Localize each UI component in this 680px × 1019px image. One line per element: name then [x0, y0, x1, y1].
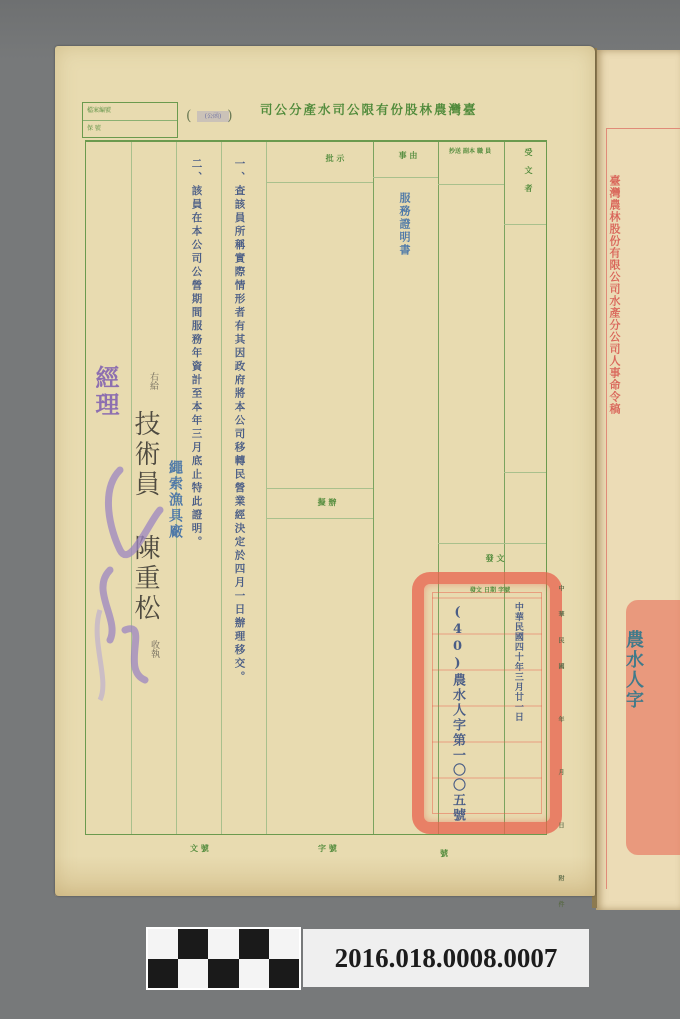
grid-line	[438, 543, 546, 544]
archive-number-box: 檔案編號 保 號	[82, 102, 178, 138]
body-line-2: 二、該員在本公司公營期間服務年資計至本年三月底止特此證明。	[190, 158, 202, 598]
recipient-label: 受 文 者	[524, 148, 535, 192]
issued-to-label: 右給	[147, 372, 160, 390]
grid-line	[221, 142, 222, 834]
scale-square	[208, 959, 238, 989]
footer-label-1: 文 號	[190, 843, 209, 854]
grid-line	[373, 142, 374, 834]
next-page-title: 臺灣農林股份有限公司水產分公司人事命令稿	[606, 175, 622, 415]
scale-square	[269, 959, 299, 989]
scale-square	[178, 959, 208, 989]
grid-line	[266, 182, 373, 183]
catalog-id-label: 2016.018.0008.0007	[303, 929, 589, 987]
archive-row-1: 檔案編號	[83, 103, 177, 121]
subject-label: 事 由	[378, 150, 438, 161]
dispatch-red-seal	[412, 572, 562, 834]
footer-label-3: 號	[440, 848, 448, 859]
scale-square	[239, 929, 269, 959]
next-page-blue-stamp: 農水人字	[620, 630, 646, 710]
scale-square	[178, 929, 208, 959]
grid-line	[504, 224, 546, 225]
grid-line	[504, 472, 546, 473]
scale-square	[148, 929, 178, 959]
instruction-label: 批 示	[285, 153, 385, 164]
company-title: 臺灣農林股份有限公司水產分公司	[260, 100, 478, 118]
body-line-1: 一、查該員所稱實際情形者有其因政府將本公司移轉民營業經決定於四月一日辦理移交。	[233, 158, 245, 718]
archive-row-2: 保 號	[83, 121, 177, 138]
grid-line	[266, 518, 373, 519]
scale-square	[269, 929, 299, 959]
seal-header: 發文 日期 字號	[435, 585, 545, 594]
scale-square	[239, 959, 269, 989]
draft-label: 擬 辦	[282, 497, 372, 508]
color-scale-bar	[146, 927, 301, 990]
document-type-stamp: (公函)	[197, 111, 229, 122]
manager-signature	[80, 460, 180, 710]
scale-square	[208, 929, 238, 959]
manager-stamp: 經理	[88, 365, 123, 419]
grid-line	[438, 184, 504, 185]
copies-label: 抄送 副本 職 員	[440, 146, 500, 158]
scale-square	[148, 959, 178, 989]
subject-text: 服務證明書	[396, 192, 412, 257]
date-column: 中華民國 年 月 日 附件	[556, 585, 565, 927]
grid-line	[266, 488, 373, 489]
dispatch-label: 發 文	[440, 553, 550, 564]
grid-line	[373, 177, 438, 178]
dispatch-date: 中華民國四十年三月廿一日	[512, 602, 522, 722]
footer-label-2: 字 號	[318, 843, 337, 854]
dispatch-doc-number: (40)農水人字第一〇〇五號	[448, 605, 467, 823]
